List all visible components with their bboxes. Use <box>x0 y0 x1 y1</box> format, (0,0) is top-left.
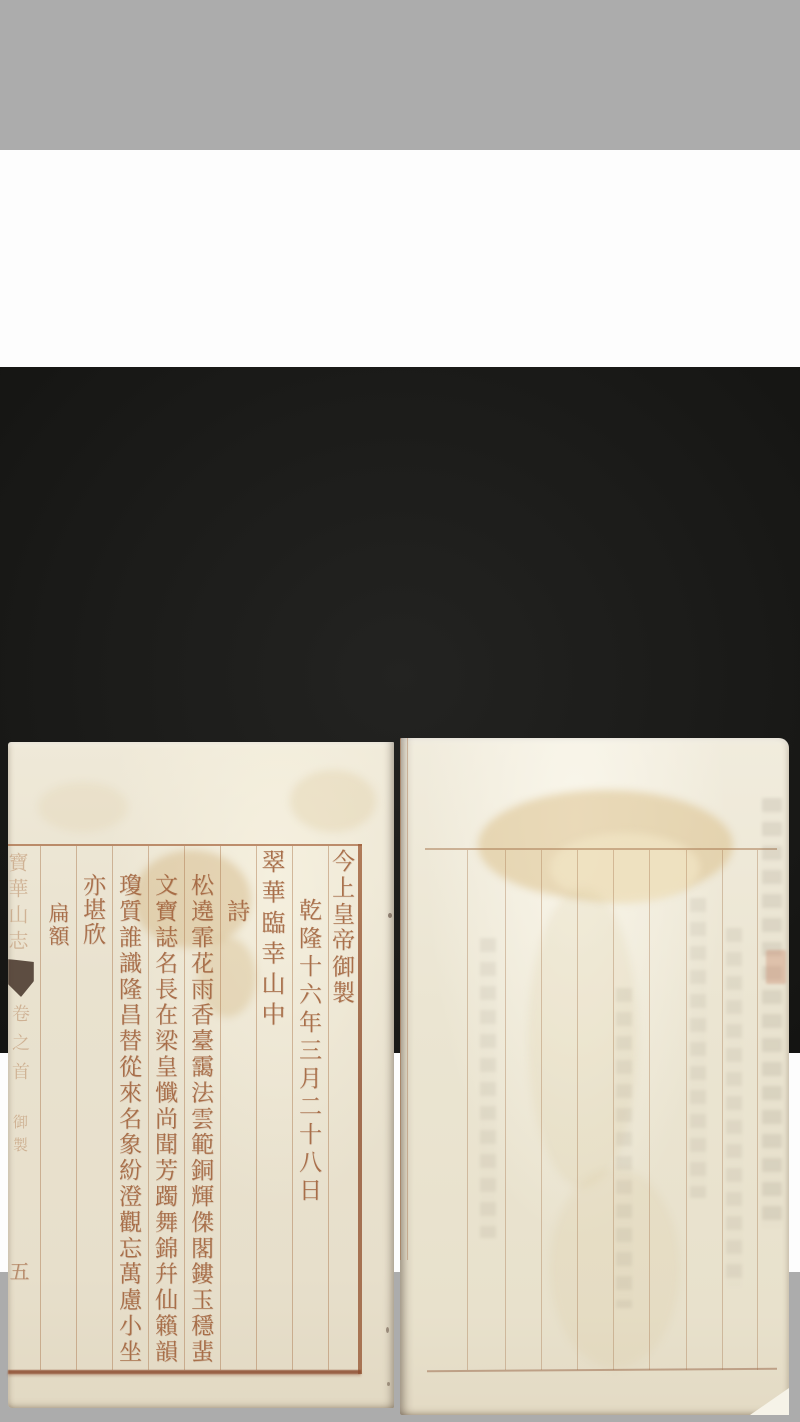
bleed-through <box>690 898 706 1198</box>
stain <box>38 782 128 832</box>
right-page: 今上皇帝御製 乾隆十六年三月二十八日 翠華臨幸山中 詩 松遶霏花雨香臺靄法雲範銅… <box>8 742 394 1408</box>
banxin-juan-label: 卷之首 <box>2 1004 32 1091</box>
frame-bottom-border <box>427 1368 777 1372</box>
seal-ghost <box>766 950 786 984</box>
column-poem-label: 詩 <box>223 899 253 922</box>
column-section-heading: 扁額 <box>43 902 73 948</box>
column-rule <box>40 846 41 1370</box>
bleed-through <box>726 928 742 1288</box>
column-date-line: 乾隆十六年三月二十八日 <box>295 898 325 1206</box>
column-poem-line-1: 松遶霏花雨香臺靄法雲範銅輝傑閣鏤玉穩蜚 <box>187 873 217 1365</box>
speck <box>387 1382 390 1386</box>
frame-top-border <box>425 848 777 850</box>
column-rule <box>613 850 614 1370</box>
column-poem-line-4: 亦堪欣 <box>79 873 109 947</box>
stain <box>290 770 376 832</box>
bleed-through <box>480 938 496 1238</box>
bleed-through <box>616 988 632 1308</box>
speck <box>386 1327 389 1333</box>
book-photo: 今上皇帝御製 乾隆十六年三月二十八日 翠華臨幸山中 詩 松遶霏花雨香臺靄法雲範銅… <box>0 367 800 1053</box>
letterbox-top <box>0 0 800 150</box>
column-rule <box>220 846 221 1370</box>
frame-bottom-border <box>8 1370 361 1374</box>
frame-left-border <box>400 738 408 1260</box>
page-corner-fold <box>750 1388 789 1415</box>
speck <box>388 913 392 918</box>
bleed-through-banxin <box>762 798 782 1228</box>
column-poem-line-2: 文寶誌名長在梁皇懺尚聞芳躅舞錦幷仙籟韻 <box>151 873 181 1365</box>
page-number: 五 <box>3 1261 33 1281</box>
banxin-section-label: 御製 <box>1 1114 31 1160</box>
water-stain <box>550 1168 680 1368</box>
column-poem-title: 翠華臨幸山中 <box>259 849 289 1032</box>
left-page <box>400 738 789 1415</box>
column-rule <box>649 850 650 1370</box>
frame-right-border <box>358 844 362 1374</box>
column-poem-line-3: 瓊質誰識隆昌替從來名象紛澄觀忘萬慮小坐 <box>115 873 145 1365</box>
column-rule <box>686 850 687 1370</box>
margin-top <box>0 150 800 367</box>
column-rule <box>722 850 723 1370</box>
column-rule <box>541 850 542 1370</box>
column-rule <box>577 850 578 1370</box>
fishtail-ornament <box>8 959 34 997</box>
column-rule <box>505 850 506 1370</box>
column-rule <box>467 850 468 1370</box>
banxin-book-title: 寶華山志 <box>2 852 32 956</box>
scanned-book-screenshot: { "scan": { "description": "Open spread … <box>0 0 800 1422</box>
column-rule <box>757 850 758 1370</box>
column-imperial-attribution: 今上皇帝御製 <box>328 849 358 1007</box>
frame-top-border <box>8 844 362 846</box>
